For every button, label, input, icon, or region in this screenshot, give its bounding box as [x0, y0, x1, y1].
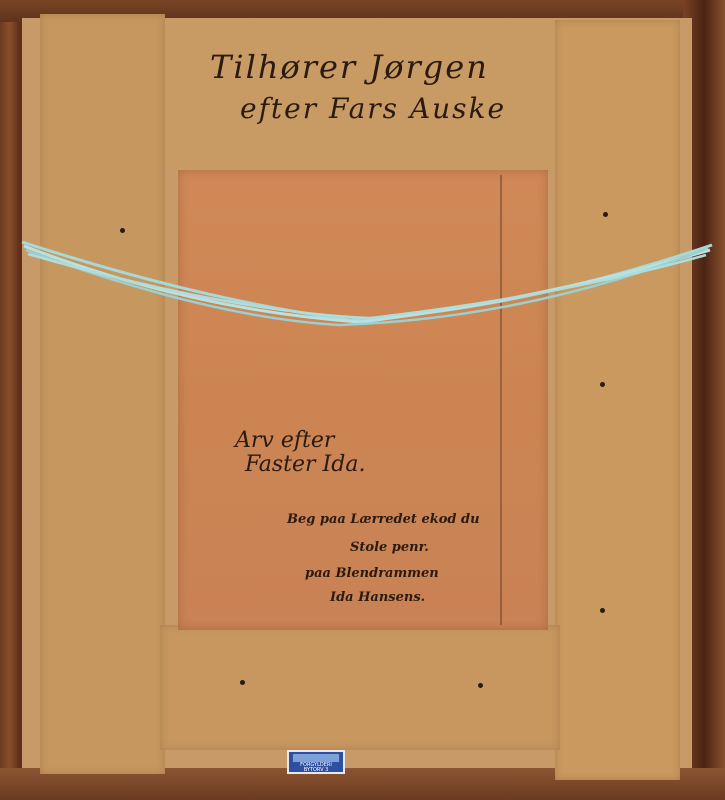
nail-head [240, 680, 245, 685]
label-line2: BYTORV 3 [291, 768, 341, 773]
framer-label: FORGYLDERI BYTORV 3 [287, 750, 345, 774]
hanging-cord [0, 0, 725, 800]
label-window [293, 754, 339, 762]
nail-head [120, 228, 125, 233]
nail-head [600, 608, 605, 613]
nail-head [478, 683, 483, 688]
nail-head [600, 382, 605, 387]
nail-head [603, 212, 608, 217]
